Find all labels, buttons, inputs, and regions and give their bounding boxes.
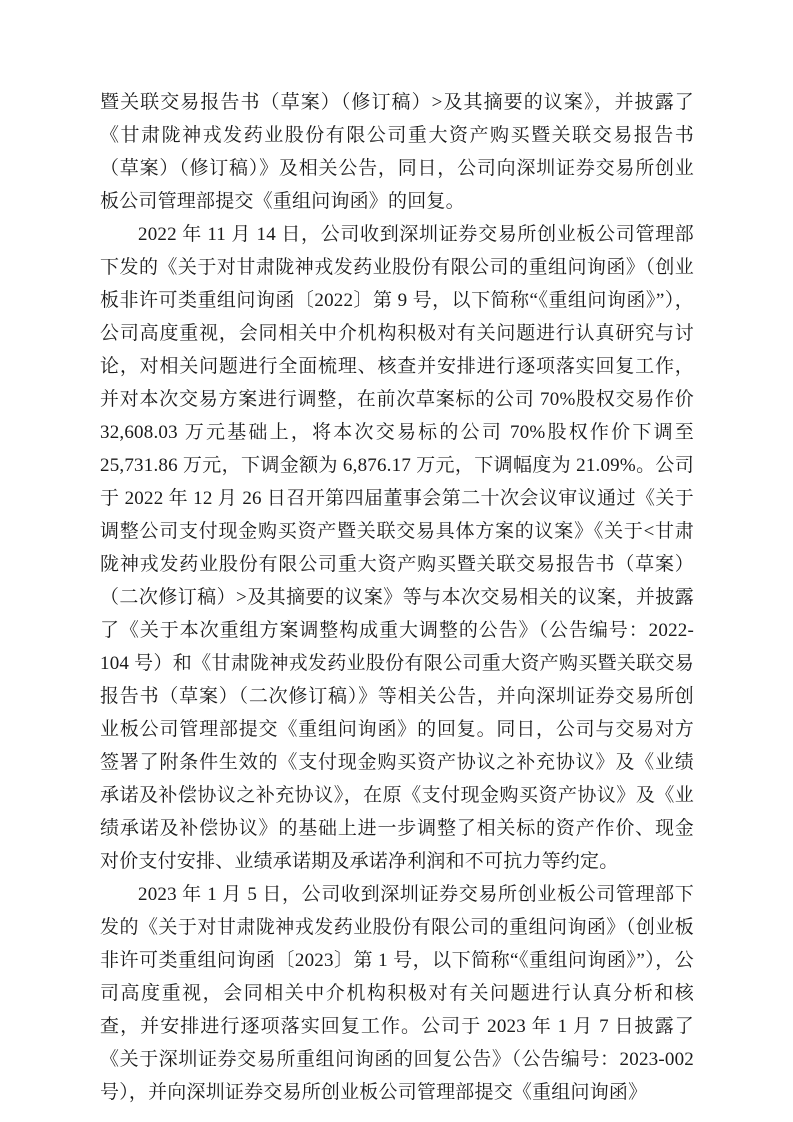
paragraph: 2022 年 11 月 14 日，公司收到深圳证券交易所创业板公司管理部下发的《… (100, 218, 694, 878)
document-body: 暨关联交易报告书（草案）（修订稿）>及其摘要的议案》，并披露了《甘肃陇神戎发药业… (100, 86, 694, 1109)
paragraph: 2023 年 1 月 5 日，公司收到深圳证券交易所创业板公司管理部下发的《关于… (100, 878, 694, 1109)
paragraph: 暨关联交易报告书（草案）（修订稿）>及其摘要的议案》，并披露了《甘肃陇神戎发药业… (100, 86, 694, 218)
document-page: 暨关联交易报告书（草案）（修订稿）>及其摘要的议案》，并披露了《甘肃陇神戎发药业… (0, 0, 793, 1122)
